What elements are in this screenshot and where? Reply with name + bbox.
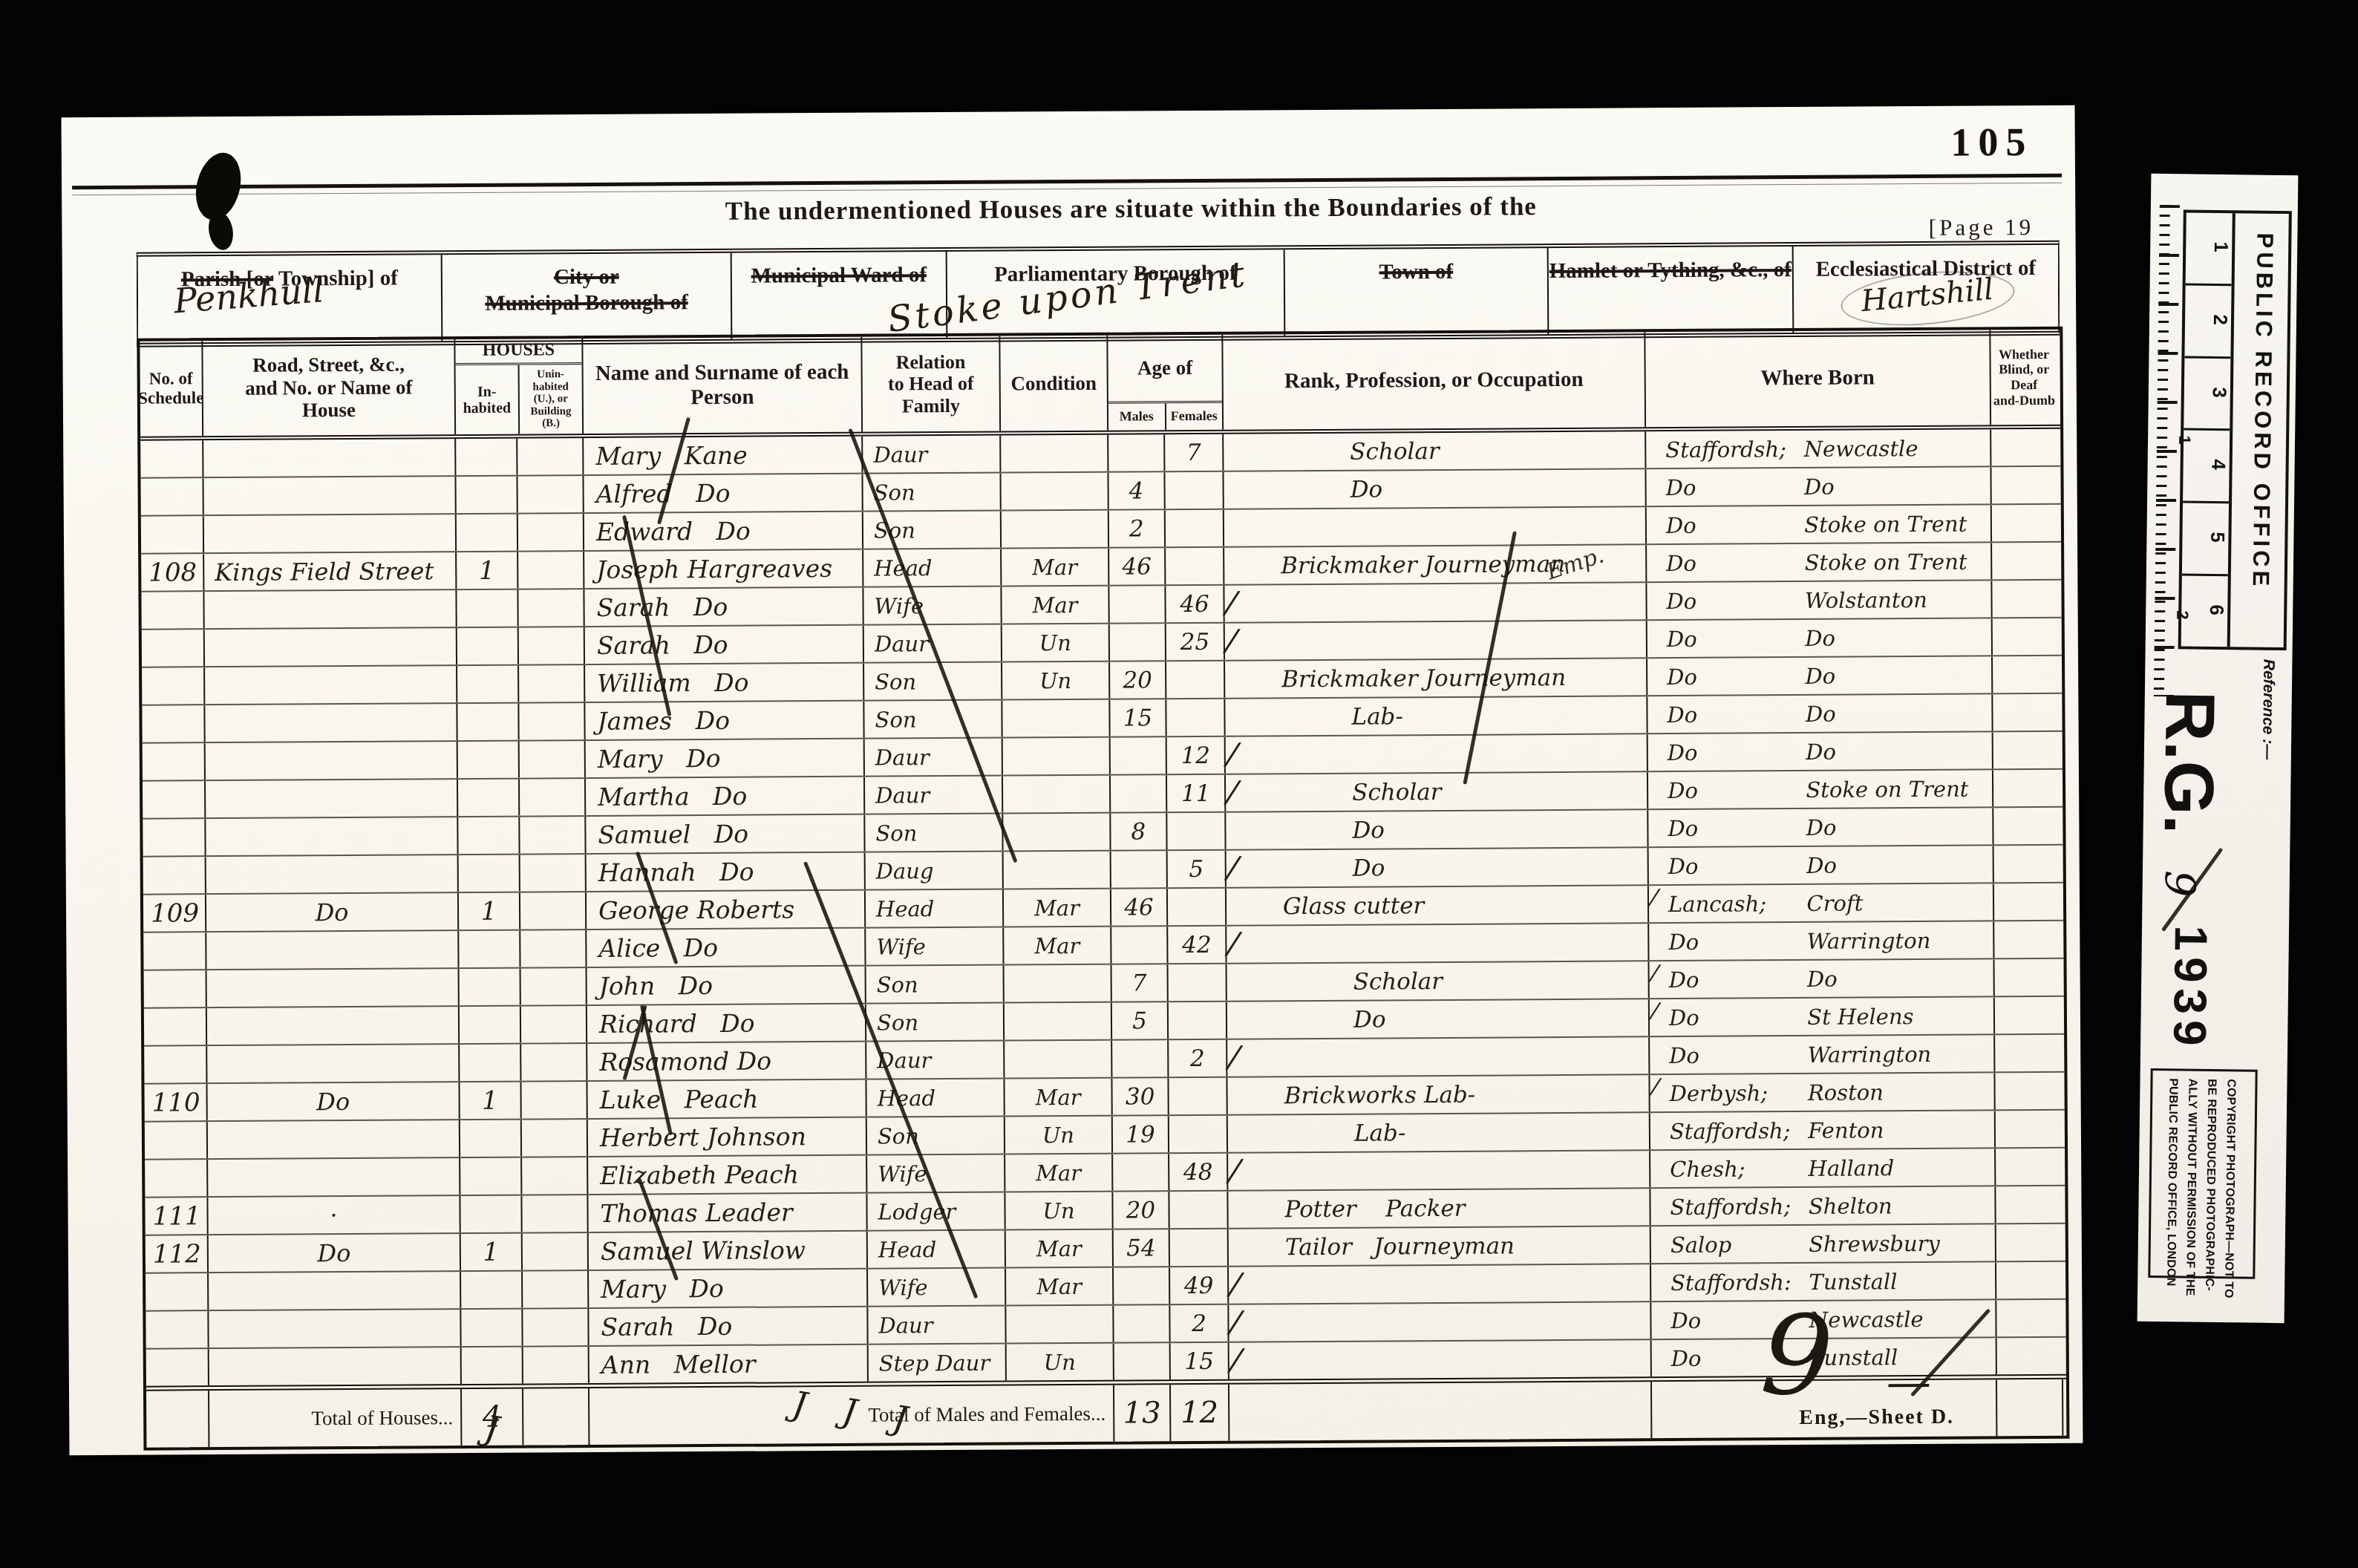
cell-name: Hannah Do <box>587 853 866 891</box>
cell-age-female: 7 <box>1165 434 1224 471</box>
cell-inhabited <box>460 1158 522 1195</box>
cell-age-female: 25 <box>1166 624 1225 660</box>
cell-occupation: Tailor Journeyman <box>1229 1226 1651 1265</box>
cell-where-born: DoStoke on Trent <box>1648 770 1993 808</box>
cell-name: Samuel Do <box>586 815 865 853</box>
cell-inhabited <box>458 742 520 779</box>
cell-where-born: Staffordsh;Newcastle <box>1646 429 1991 468</box>
col-header-blind: Whether Blind, or Deaf and-Dumb <box>1990 330 2057 425</box>
cell-name: Alice Do <box>587 929 866 967</box>
cell-blind <box>1992 505 2058 542</box>
cell-inhabited <box>457 590 518 627</box>
cell-inhabited <box>458 780 520 817</box>
cell-road <box>206 855 459 893</box>
cell-age-female <box>1165 472 1224 509</box>
cell-condition: Un <box>1002 662 1110 699</box>
cell-age-female <box>1169 1116 1228 1152</box>
cell-uninhabited <box>519 703 585 740</box>
cell-schedule <box>140 478 203 515</box>
cell-occupation: / <box>1229 1264 1651 1303</box>
cell-schedule <box>145 1122 208 1159</box>
cell-road: Kings Field Street <box>204 552 457 590</box>
cell-where-born: /Lancash;Croft <box>1649 883 1994 922</box>
cell-age-male: 5 <box>1112 1002 1169 1039</box>
cell-uninhabited <box>523 1233 589 1270</box>
cell-schedule <box>143 932 206 970</box>
cell-relation: Wife <box>868 1269 1006 1306</box>
cell-blind <box>1993 770 2060 807</box>
cell-road: · <box>208 1196 460 1234</box>
cell-uninhabited <box>521 1044 587 1081</box>
cell-uninhabited <box>520 741 586 778</box>
cell-inhabited <box>461 1272 523 1309</box>
cell-age-male: 7 <box>1112 964 1169 1001</box>
cell-where-born: /DoDo <box>1650 959 1995 998</box>
cell-condition: Un <box>1005 1117 1113 1154</box>
cell-where-born: DoDo <box>1647 656 1993 695</box>
city-label-line1: City or <box>554 264 619 290</box>
cell-blind <box>1995 997 2061 1034</box>
cell-uninhabited <box>519 627 585 664</box>
cell-schedule <box>146 1311 209 1348</box>
cell-condition <box>1005 1003 1112 1040</box>
scale-cell: 6 <box>2181 576 2228 647</box>
cell-inhabited <box>460 969 521 1006</box>
scale-cells: 123456 <box>2181 212 2235 647</box>
cell-relation: Son <box>867 1117 1005 1154</box>
cell-occupation: Do <box>1227 999 1650 1038</box>
cell-uninhabited <box>517 438 584 475</box>
series-label: R.G. <box>2154 690 2225 834</box>
jurisdiction-town: Town of <box>1285 248 1549 336</box>
cell-name: Herbert Johnson <box>588 1118 867 1156</box>
cell-schedule <box>143 743 206 780</box>
cell-age-male: 20 <box>1110 661 1166 698</box>
top-rule <box>72 174 2062 195</box>
cell-occupation: /Do <box>1227 848 1649 886</box>
cell-blind <box>1994 921 2060 958</box>
cell-inhabited <box>456 477 517 514</box>
cell-schedule <box>142 630 205 667</box>
cell-age-male: 46 <box>1111 889 1168 925</box>
col-header-condition: Condition <box>1000 336 1108 431</box>
cell-road: Do <box>207 1082 460 1120</box>
cell-occupation: Brickworks Lab- <box>1227 1075 1650 1114</box>
cell-where-born: DoWolstanton <box>1647 581 1992 619</box>
col-header-age: Age of Males Females <box>1108 335 1224 431</box>
cell-where-born: Chesh;Halland <box>1650 1149 1996 1187</box>
col-header-males: Males <box>1108 403 1166 430</box>
totals-empty-schedule <box>146 1391 209 1448</box>
cell-age-female: 15 <box>1171 1343 1229 1379</box>
cell-condition: Mar <box>1004 889 1111 927</box>
cell-uninhabited <box>522 1120 588 1157</box>
cell-condition <box>1002 700 1110 737</box>
cell-age-female: 2 <box>1169 1040 1227 1077</box>
reference-label: Reference :— <box>2259 659 2278 760</box>
cell-occupation: / <box>1227 924 1649 962</box>
cell-name: Martha Do <box>586 777 865 815</box>
cell-schedule: 108 <box>141 554 204 591</box>
cell-name: Sarah Do <box>585 626 864 664</box>
cell-age-male <box>1111 737 1167 774</box>
cell-where-born: DoDo <box>1648 732 1993 771</box>
cell-road <box>206 780 458 817</box>
cell-condition <box>1001 435 1108 472</box>
cell-relation: Wife <box>867 1155 1005 1192</box>
cell-blind <box>1996 1300 2063 1337</box>
cell-name: Sarah Do <box>589 1307 868 1345</box>
cell-name: Mary Do <box>586 739 865 777</box>
cell-age-female <box>1169 1002 1227 1039</box>
cell-condition <box>1005 965 1112 1002</box>
cell-uninhabited <box>523 1347 589 1384</box>
cell-uninhabited <box>520 930 587 967</box>
cell-inhabited: 1 <box>461 1234 523 1271</box>
cell-uninhabited <box>523 1309 589 1346</box>
table-body: Mary KaneDaur7ScholarStaffordsh;Newcastl… <box>140 429 2066 1386</box>
cell-inhabited <box>462 1347 523 1385</box>
cell-inhabited <box>457 514 518 552</box>
totals-empty-uninhabited <box>523 1388 589 1445</box>
cell-uninhabited <box>519 665 585 702</box>
cell-blind <box>1995 1073 2061 1110</box>
cell-age-male: 15 <box>1110 699 1166 736</box>
cell-road: Do <box>206 893 459 931</box>
cell-condition <box>1006 1306 1114 1343</box>
cell-where-born: DoWarrington <box>1649 921 1994 960</box>
cell-road <box>209 1310 461 1347</box>
cell-age-male: 8 <box>1111 813 1167 849</box>
cell-name: Mary Do <box>589 1270 868 1307</box>
col-header-relation: Relation to Head of Family <box>862 336 1001 432</box>
cell-age-male <box>1109 586 1166 622</box>
age-label: Age of <box>1108 335 1222 402</box>
cell-age-male <box>1111 851 1168 887</box>
cell-where-born: DoDo <box>1647 618 1993 657</box>
cell-schedule: 112 <box>146 1235 209 1273</box>
col-header-houses: HOUSES In- habited Unin- habited (U.), o… <box>455 339 584 434</box>
cell-name: Sarah Do <box>584 588 863 626</box>
cell-relation: Son <box>866 1004 1005 1041</box>
cell-inhabited: 1 <box>457 552 518 589</box>
cell-road <box>203 439 456 477</box>
cell-inhabited <box>460 1196 522 1233</box>
totals-empty-blind <box>1997 1379 2063 1437</box>
cell-road <box>206 931 459 969</box>
office-label: PUBLIC RECORD OFFICE <box>2247 233 2279 590</box>
summary-mark-nine: 9 <box>1757 1290 1836 1423</box>
cell-age-male <box>1111 775 1167 811</box>
cell-occupation: / <box>1226 734 1648 773</box>
cell-where-born: DoDo <box>1646 467 1991 506</box>
cell-occupation: Glass cutter <box>1227 886 1649 924</box>
pen-tick: / <box>1228 1151 1242 1189</box>
cell-name: William Do <box>585 664 864 702</box>
cell-where-born: DoStoke on Trent <box>1647 505 1992 543</box>
cell-inhabited <box>458 817 520 855</box>
cell-occupation: Lab- <box>1225 696 1647 735</box>
cell-occupation: / <box>1228 1151 1650 1189</box>
cell-age-male <box>1108 434 1165 471</box>
scale-cell: 1 <box>2186 212 2233 286</box>
cell-occupation: Do <box>1224 469 1646 508</box>
col-header-road: Road, Street, &c., and No. or Name of Ho… <box>203 339 456 436</box>
cell-age-female <box>1170 1229 1229 1266</box>
cell-condition: Un <box>1005 1192 1113 1229</box>
cell-age-male <box>1110 624 1166 660</box>
col-header-rank: Rank, Profession, or Occupation <box>1223 332 1646 429</box>
cell-uninhabited <box>520 779 586 816</box>
cell-condition <box>1001 473 1108 510</box>
cell-occupation: Scholar <box>1224 431 1646 470</box>
cell-age-female <box>1168 889 1227 925</box>
cell-blind <box>1992 543 2058 580</box>
cell-blind <box>1994 883 2060 921</box>
pro-reference-card: 1 2 123456 PUBLIC RECORD OFFICE Referenc… <box>2137 174 2299 1323</box>
cell-age-male <box>1111 927 1168 963</box>
cell-inhabited <box>459 855 520 892</box>
cell-blind <box>1995 1035 2061 1072</box>
cell-age-male <box>1114 1343 1171 1379</box>
scale-cell: 2 <box>2184 285 2231 359</box>
cell-condition: Mar <box>1002 587 1109 624</box>
cell-relation: Son <box>864 663 1002 700</box>
cell-inhabited <box>460 1120 522 1157</box>
cell-schedule <box>143 819 206 856</box>
cell-name: Richard Do <box>587 1004 866 1042</box>
pen-tick: / <box>1227 924 1241 961</box>
cell-relation: Son <box>864 701 1002 738</box>
cell-inhabited <box>460 1007 521 1044</box>
cell-occupation: Brickmaker Journeyman <box>1225 659 1647 697</box>
cell-age-female: 5 <box>1168 851 1227 887</box>
cell-occupation: Do <box>1226 810 1648 849</box>
cell-age-male: 46 <box>1109 548 1166 584</box>
cell-age-female <box>1166 548 1224 584</box>
cell-condition: Mar <box>1006 1268 1114 1305</box>
cell-relation: Son <box>866 966 1005 1003</box>
cell-road <box>208 1158 460 1196</box>
cell-condition <box>1003 776 1111 813</box>
cell-age-female <box>1167 813 1226 849</box>
cell-name: Ann Mellor <box>589 1345 869 1383</box>
cell-occupation: Brickmaker JourneymanEmp. <box>1224 545 1647 584</box>
cell-name: Elizabeth Peach <box>588 1156 867 1194</box>
cell-age-female: 12 <box>1167 737 1226 774</box>
pen-tick: / <box>1224 584 1238 621</box>
cell-blind <box>1993 618 2059 656</box>
cell-condition: Mar <box>1005 1079 1112 1116</box>
year-number: 1939 <box>2166 925 2213 1052</box>
cell-occupation: /Scholar <box>1226 772 1648 811</box>
cell-road <box>208 1120 460 1158</box>
cell-blind <box>1991 429 2057 466</box>
cell-condition: Mar <box>1005 1154 1113 1192</box>
cell-road <box>207 1007 460 1045</box>
cell-condition: Un <box>1007 1344 1114 1381</box>
cell-age-male <box>1114 1305 1170 1342</box>
cell-schedule <box>143 857 206 894</box>
cell-blind <box>1994 846 2060 883</box>
cell-inhabited <box>457 666 519 703</box>
cell-inhabited <box>457 704 519 741</box>
cell-relation: Head <box>866 890 1004 927</box>
cell-inhabited: 1 <box>459 893 520 930</box>
pen-tick: / <box>1227 1038 1241 1075</box>
cell-schedule <box>145 1160 208 1197</box>
cell-blind <box>1996 1224 2063 1261</box>
cell-where-born: Staffordsh;Fenton <box>1650 1111 1996 1149</box>
cell-age-male: 2 <box>1109 510 1166 546</box>
cell-blind <box>1996 1186 2062 1224</box>
cell-road <box>204 514 457 552</box>
cell-age-female <box>1169 1078 1227 1114</box>
cell-condition: Mar <box>1004 927 1111 964</box>
cell-schedule <box>142 705 205 742</box>
cell-relation: Wife <box>866 928 1004 965</box>
cell-schedule <box>146 1349 209 1386</box>
copyright-text: COPYRIGHT PHOTOGRAPH—NOT TO BE REPRODUCE… <box>2161 1078 2240 1298</box>
pen-tick: / <box>1229 1265 1243 1302</box>
cell-road <box>206 742 458 780</box>
summary-mark-dash: — <box>1887 1356 1931 1408</box>
census-page: 105 The undermentioned Houses are situat… <box>62 105 2083 1456</box>
cell-blind <box>1996 1111 2062 1148</box>
cell-road <box>206 817 458 855</box>
cell-inhabited <box>460 1045 521 1082</box>
cell-relation: Daur <box>868 1307 1006 1344</box>
cell-schedule <box>143 781 206 818</box>
cell-where-born: SalopShrewsbury <box>1651 1224 1996 1263</box>
cell-occupation: / <box>1229 1302 1651 1341</box>
cell-where-born: DoDo <box>1648 808 1993 846</box>
occupation-extra-mark: Emp. <box>1544 542 1607 585</box>
cell-condition <box>1002 511 1109 548</box>
cell-road <box>205 666 457 704</box>
cell-condition: Mar <box>1002 549 1109 586</box>
ward-label: Municipal Ward of <box>751 262 927 289</box>
page-number-label: [Page 19 <box>1895 214 2066 241</box>
jurisdiction-city: City or Municipal Borough of <box>442 253 733 341</box>
cell-age-female: 46 <box>1166 586 1224 622</box>
cell-age-female <box>1169 1192 1228 1228</box>
cell-where-born: DoDo <box>1647 694 1993 733</box>
cell-name: Luke Peach <box>587 1080 866 1118</box>
cell-condition <box>1004 852 1111 889</box>
cell-name: James Do <box>585 702 864 739</box>
cell-occupation: / <box>1225 621 1647 659</box>
cell-age-female: 11 <box>1167 775 1226 811</box>
cell-inhabited <box>456 439 517 476</box>
cell-schedule: 111 <box>145 1198 208 1235</box>
houses-label: HOUSES <box>455 339 581 365</box>
cell-where-born: DoWarrington <box>1650 1035 1995 1074</box>
cell-age-male: 54 <box>1114 1229 1170 1266</box>
cell-condition: Un <box>1002 624 1110 661</box>
census-table: No. of Schedule Road, Street, &c., and N… <box>137 327 2069 1451</box>
cell-uninhabited <box>520 855 587 892</box>
cell-relation: Head <box>868 1231 1006 1268</box>
hamlet-label: Hamlet or Tything, &c., of <box>1549 257 1792 284</box>
cell-name: Mary Kane <box>584 437 863 474</box>
tally-marks: JJJJ <box>62 105 2075 118</box>
cell-age-male <box>1114 1267 1170 1304</box>
photograph-stage: 105 The undermentioned Houses are situat… <box>0 0 2358 1568</box>
col-header-name: Name and Surname of each Person <box>583 337 863 434</box>
col-header-born: Where Born <box>1645 330 1991 427</box>
cell-relation: Wife <box>863 587 1002 624</box>
cell-blind <box>1993 808 2060 845</box>
cell-age-female: 49 <box>1170 1267 1229 1304</box>
cell-where-born: /Derbysh;Roston <box>1650 1073 1995 1111</box>
cell-name: Samuel Winslow <box>589 1232 868 1270</box>
cell-uninhabited <box>518 589 584 627</box>
cell-age-male <box>1112 1040 1169 1077</box>
cell-uninhabited <box>521 1006 587 1043</box>
pen-tick: / <box>1229 1303 1243 1340</box>
cell-road <box>207 969 460 1007</box>
cell-occupation: / <box>1227 1037 1650 1076</box>
cell-condition <box>1003 814 1111 851</box>
cell-schedule <box>141 516 204 553</box>
cell-schedule: 109 <box>143 895 206 932</box>
cell-blind <box>1993 732 2060 769</box>
cell-relation: Head <box>866 1079 1005 1117</box>
cell-uninhabited <box>522 1195 588 1232</box>
cell-where-born: DoDo <box>1649 846 1994 884</box>
cell-inhabited <box>457 628 519 665</box>
scale-box: 123456 PUBLIC RECORD OFFICE <box>2178 209 2292 650</box>
town-label: Town of <box>1379 259 1453 285</box>
cell-uninhabited <box>522 1157 588 1195</box>
cell-age-female <box>1166 661 1225 698</box>
cell-age-female <box>1166 510 1224 546</box>
cell-occupation <box>1224 507 1647 546</box>
cell-occupation: / <box>1224 583 1647 621</box>
cell-condition: Mar <box>1006 1230 1114 1267</box>
cell-age-female: 48 <box>1169 1154 1228 1190</box>
cell-inhabited <box>459 931 520 968</box>
scale-cell: 5 <box>2182 503 2229 577</box>
cell-uninhabited <box>523 1271 589 1308</box>
cell-inhabited <box>461 1310 523 1347</box>
total-males-value: 13 <box>1114 1385 1171 1441</box>
cell-name: John Do <box>587 967 866 1004</box>
cell-where-born: Staffordsh;Shelton <box>1650 1186 1996 1225</box>
cell-schedule <box>142 667 205 705</box>
cell-schedule <box>144 1046 207 1083</box>
cell-uninhabited <box>520 817 586 854</box>
cell-uninhabited <box>518 514 584 551</box>
cell-occupation: Potter Packer <box>1228 1189 1650 1227</box>
cell-relation: Daug <box>866 852 1004 889</box>
cell-uninhabited <box>521 968 587 1005</box>
cell-name: Thomas Leader <box>588 1194 867 1232</box>
cell-schedule <box>140 440 203 477</box>
cell-uninhabited <box>518 552 584 589</box>
pen-tick: / <box>1224 621 1238 659</box>
cell-blind <box>1992 581 2058 618</box>
cell-where-born: DoStoke on Trent <box>1647 543 1992 581</box>
cell-occupation: Scholar <box>1227 961 1650 1000</box>
cell-relation: Head <box>863 549 1002 587</box>
cell-age-female: 2 <box>1170 1305 1229 1342</box>
total-females-value: 12 <box>1171 1385 1229 1441</box>
col-header-schedule: No. of Schedule <box>140 341 203 437</box>
cell-road <box>204 590 457 628</box>
cell-schedule <box>146 1273 209 1310</box>
